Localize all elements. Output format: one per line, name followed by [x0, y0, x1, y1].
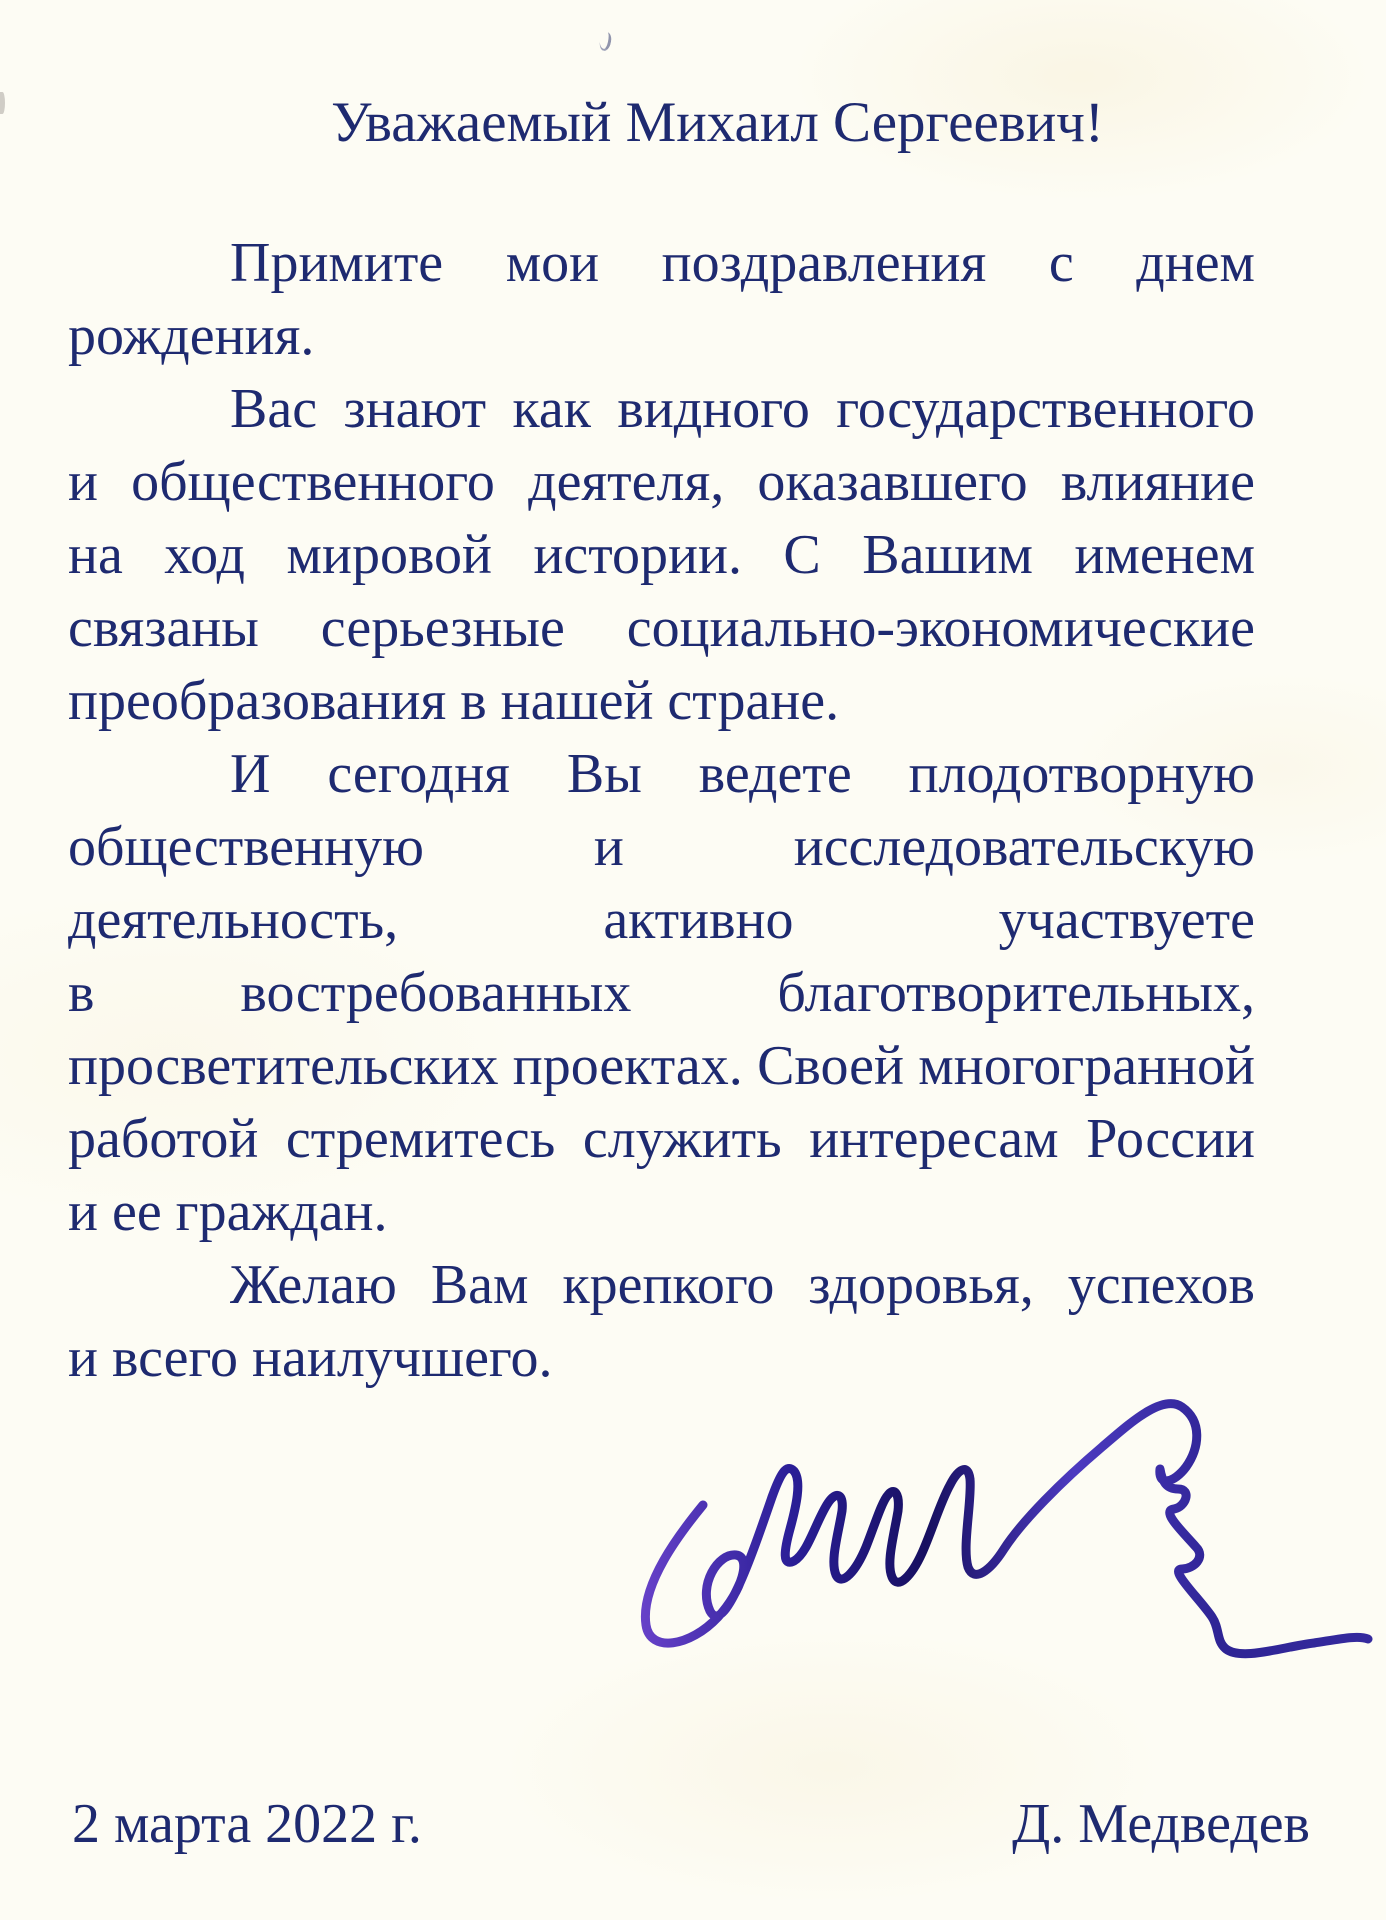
text-line: общественную и исследовательскую	[68, 811, 1255, 884]
signature-stroke	[645, 1404, 1368, 1654]
signature-icon	[540, 1385, 1386, 1715]
letter-date: 2 марта 2022 г.	[72, 1788, 422, 1861]
scanned-letter-page: Уважаемый Михаил Сергеевич! Примите мои …	[0, 0, 1386, 1920]
text-line: Вас знают как видного государственного	[68, 373, 1255, 446]
text-line: на ход мировой истории. С Вашим именем	[68, 519, 1255, 592]
text-line: рождения.	[68, 300, 1255, 373]
paragraph: Примите мои поздравления с днемрождения.	[68, 227, 1255, 373]
scan-artifact-squiggle	[598, 31, 613, 52]
text-line: связаны серьезные социально-экономически…	[68, 592, 1255, 665]
text-line: преобразования в нашей стране.	[68, 665, 1255, 738]
paragraph: Вас знают как видного государственногои …	[68, 373, 1255, 738]
scan-artifact-edge-mark	[0, 92, 5, 114]
text-line: Желаю Вам крепкого здоровья, успехов	[68, 1249, 1255, 1322]
text-line: работой стремитесь служить интересам Рос…	[68, 1103, 1255, 1176]
text-line: Примите мои поздравления с днем	[68, 227, 1255, 300]
letter-content: Уважаемый Михаил Сергеевич! Примите мои …	[68, 86, 1255, 1395]
text-line: просветительских проектах. Своей многогр…	[68, 1030, 1255, 1103]
text-line: в востребованных благотворительных,	[68, 957, 1255, 1030]
text-line: деятельность, активно участвуете	[68, 884, 1255, 957]
signature-block	[540, 1385, 1386, 1715]
text-line: и ее граждан.	[68, 1176, 1255, 1249]
salutation: Уважаемый Михаил Сергеевич!	[68, 86, 1255, 159]
paragraph: И сегодня Вы ведете плодотворнуюобществе…	[68, 738, 1255, 1249]
paragraph: Желаю Вам крепкого здоровья, успехови вс…	[68, 1249, 1255, 1395]
text-line: и общественного деятеля, оказавшего влия…	[68, 446, 1255, 519]
signer-name: Д. Медведев	[1012, 1788, 1310, 1861]
letter-body: Примите мои поздравления с днемрождения.…	[68, 227, 1255, 1395]
text-line: И сегодня Вы ведете плодотворную	[68, 738, 1255, 811]
